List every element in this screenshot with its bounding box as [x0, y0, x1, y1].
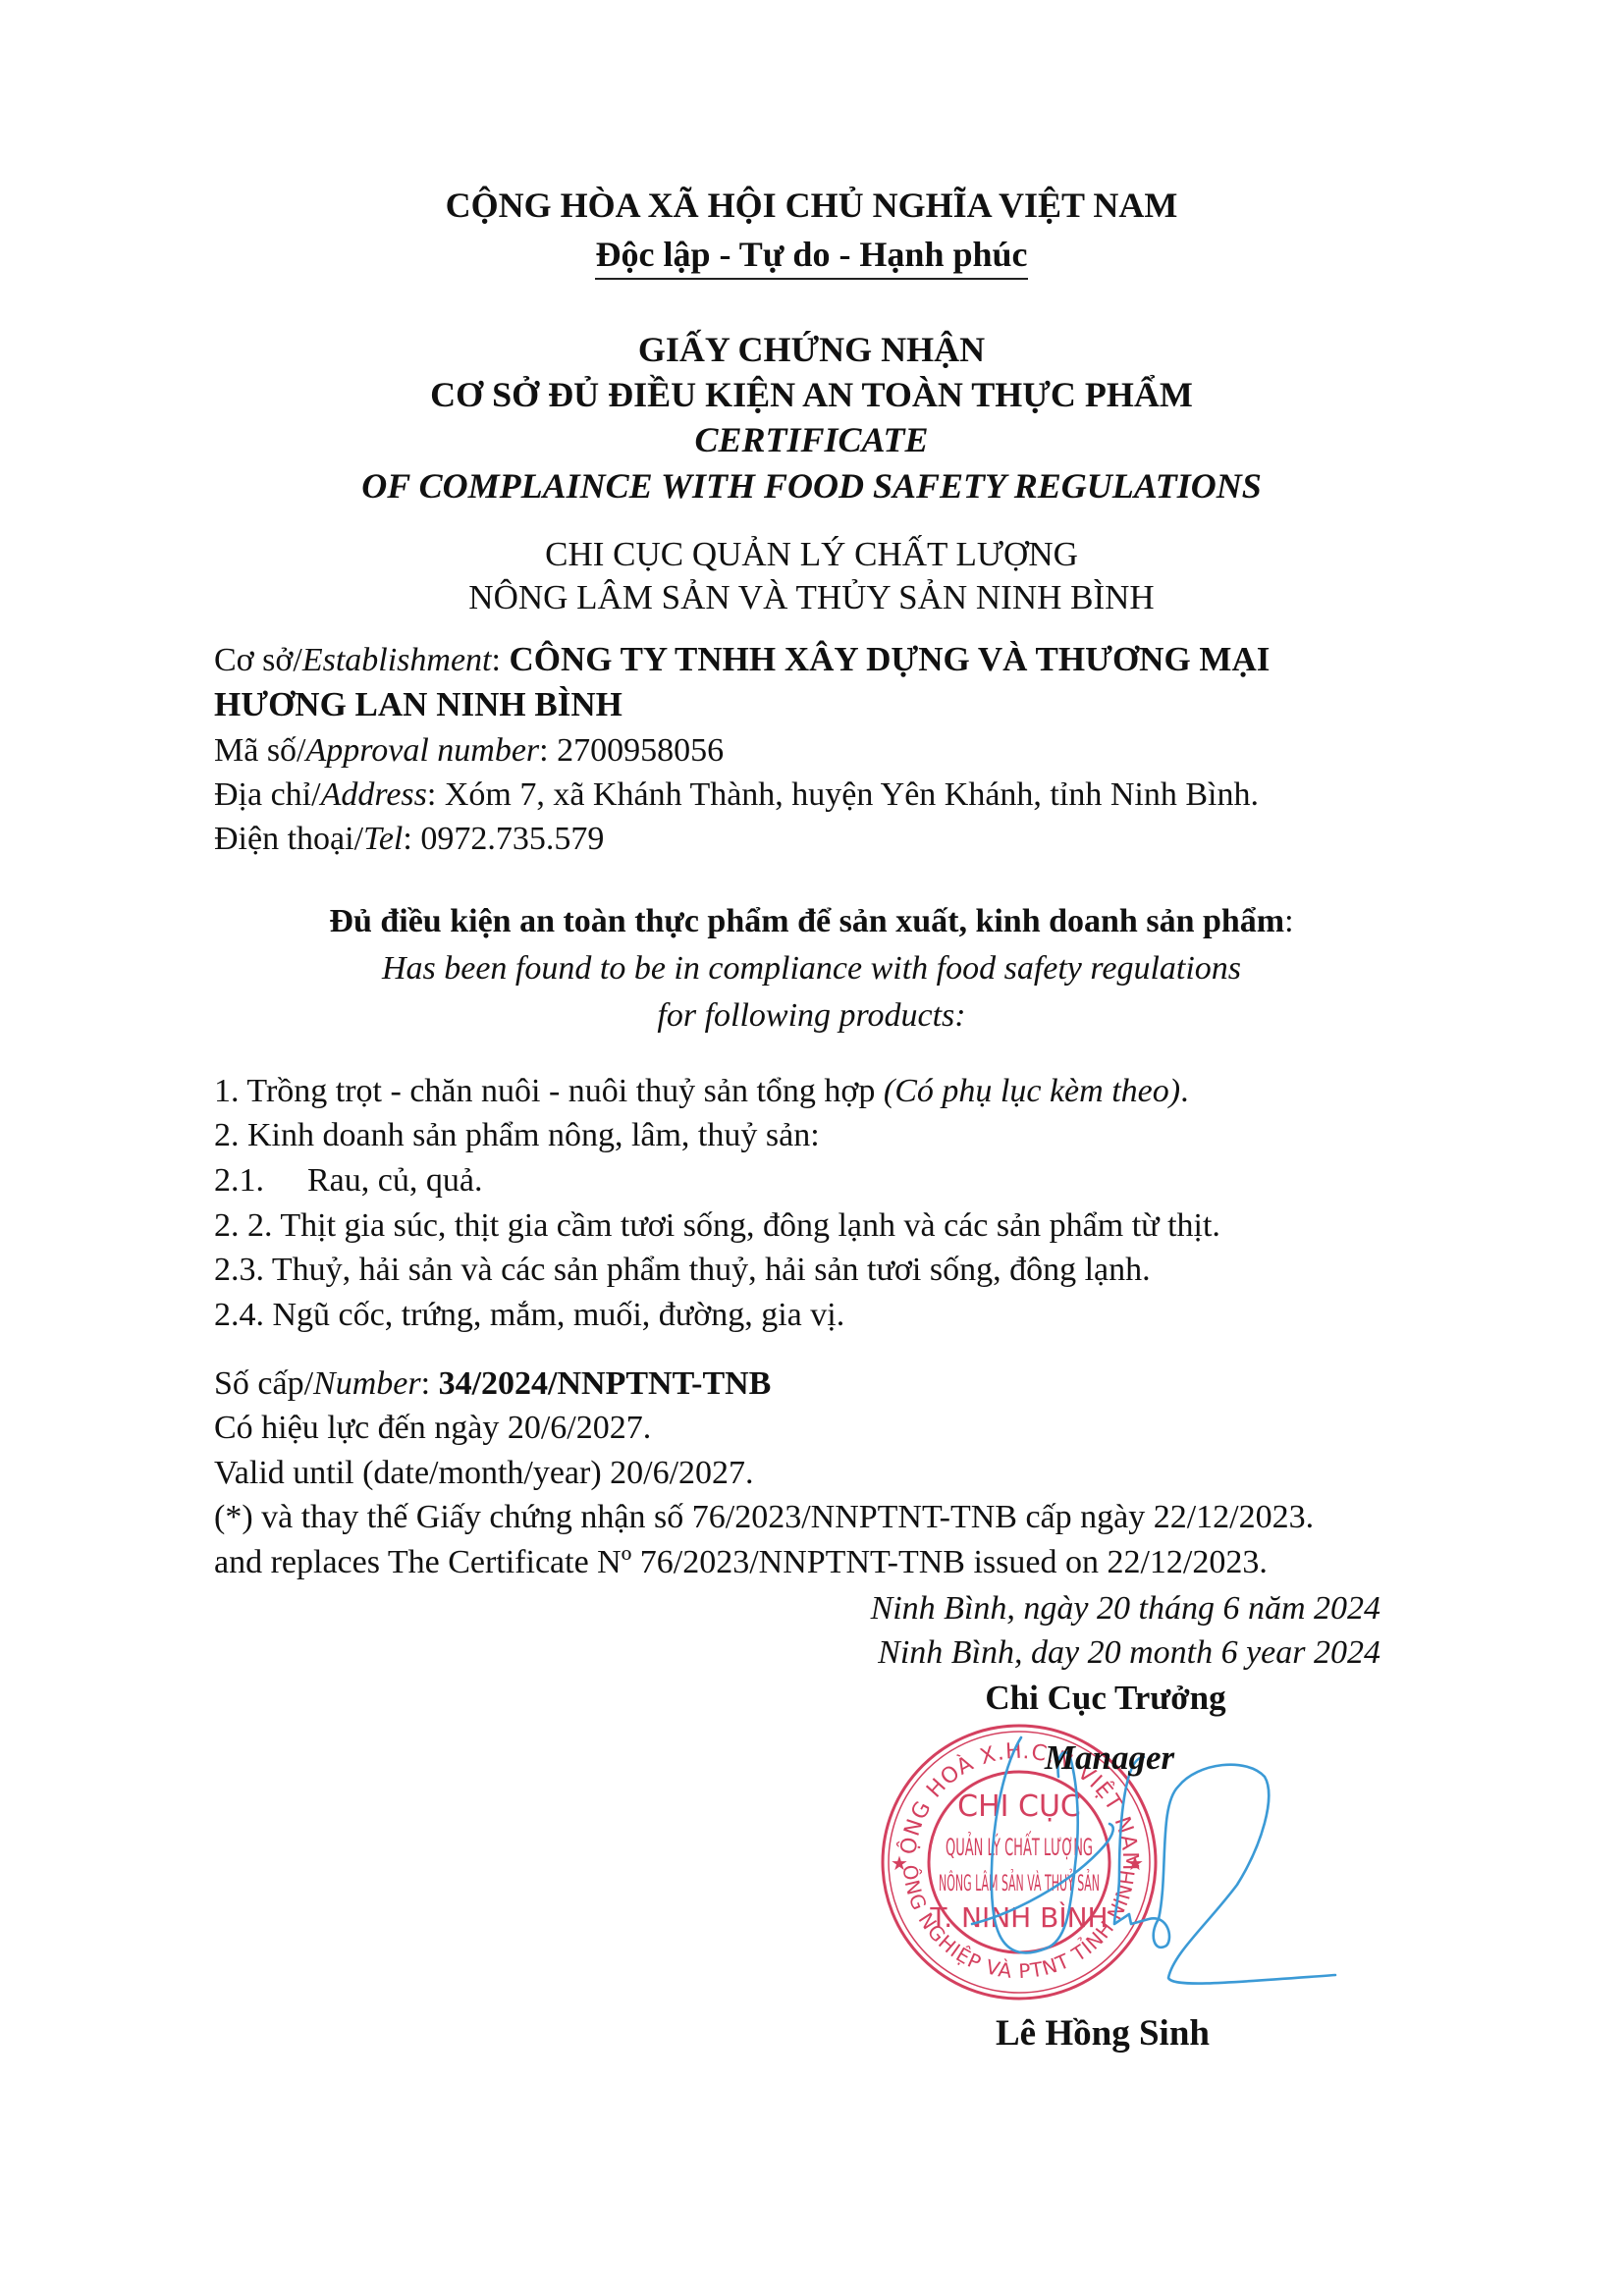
issuer-line1: CHI CỤC QUẢN LÝ CHẤT LƯỢNG: [0, 537, 1623, 571]
valid-until-en: Valid until (date/month/year) 20/6/2027.: [214, 1457, 754, 1490]
signer-title-vi: Chi Cục Trưởng: [909, 1681, 1302, 1715]
sign-date-vi: Ninh Bình, ngày 20 tháng 6 năm 2024: [791, 1592, 1380, 1626]
svg-text:★: ★: [891, 1851, 908, 1875]
approval-label-en: Approval number: [306, 732, 540, 769]
valid-until-vi: Có hiệu lực đến ngày 20/6/2027.: [214, 1412, 651, 1445]
phone-label-vi: Điện thoại/: [214, 821, 363, 857]
product-item-1: 1. Trồng trọt - chăn nuôi - nuôi thuỷ sả…: [214, 1075, 1189, 1108]
address-value: Xóm 7, xã Khánh Thành, huyện Yên Khánh, …: [445, 776, 1259, 813]
certificate-number-colon: :: [421, 1365, 439, 1402]
establishment-name-line2: HƯƠNG LAN NINH BÌNH: [214, 687, 622, 721]
official-seal-icon: CỘNG HOÀ X.H.C.N VIỆT NAM SỞ NÔNG NGHIỆP…: [874, 1718, 1384, 2012]
establishment-label-vi: Cơ sở/: [214, 642, 302, 678]
svg-text:★: ★: [1126, 1851, 1144, 1875]
approval-number: 2700958056: [557, 732, 724, 769]
product-item-1-text: 1. Trồng trọt - chăn nuôi - nuôi thuỷ sả…: [214, 1073, 884, 1109]
replaces-vi: (*) và thay thế Giấy chứng nhận số 76/20…: [214, 1501, 1314, 1534]
compliance-vi-colon: :: [1284, 903, 1293, 939]
approval-colon: :: [539, 732, 557, 769]
product-item-1-end: .: [1180, 1073, 1189, 1109]
establishment-name-line1: CÔNG TY TNHH XÂY DỰNG VÀ THƯƠNG MẠI: [509, 640, 1270, 678]
svg-text:Manager: Manager: [1044, 1738, 1175, 1777]
title-en-line2: OF COMPLAINCE WITH FOOD SAFETY REGULATIO…: [0, 468, 1623, 504]
title-vi-line2: CƠ SỞ ĐỦ ĐIỀU KIỆN AN TOÀN THỰC PHẨM: [0, 377, 1623, 412]
approval-label-vi: Mã số/: [214, 732, 306, 769]
compliance-en-line1: Has been found to be in compliance with …: [0, 952, 1623, 986]
certificate-number: 34/2024/NNPTNT-TNB: [439, 1365, 772, 1402]
phone-label-en: Tel: [363, 821, 403, 857]
product-item-2-2: 2. 2. Thịt gia súc, thịt gia cầm tươi số…: [214, 1209, 1220, 1243]
motto-text: Độc lập - Tự do - Hạnh phúc: [595, 237, 1027, 280]
product-item-2-1-text: Rau, củ, quả.: [307, 1162, 482, 1199]
svg-text:Lê Hồng Sinh: Lê Hồng Sinh: [996, 2013, 1210, 2054]
establishment-label-en: Establishment: [302, 642, 492, 678]
phone-colon: :: [403, 821, 420, 857]
product-item-2: 2. Kinh doanh sản phẩm nông, lâm, thuỷ s…: [214, 1119, 820, 1152]
address-label-en: Address: [321, 776, 427, 813]
svg-text:QUẢN LÝ CHẤT LƯỢNG: QUẢN LÝ CHẤT LƯỢNG: [946, 1830, 1093, 1861]
title-vi-line1: GIẤY CHỨNG NHẬN: [0, 332, 1623, 367]
address-label-vi: Địa chỉ/: [214, 776, 321, 813]
compliance-vi: Đủ điều kiện an toàn thực phẩm để sản xu…: [0, 905, 1623, 938]
certificate-number-label-vi: Số cấp/: [214, 1365, 313, 1402]
product-item-2-1-num: 2.1.: [214, 1164, 307, 1198]
certificate-number-label-en: Number: [313, 1365, 421, 1402]
compliance-vi-text: Đủ điều kiện an toàn thực phẩm để sản xu…: [329, 903, 1284, 939]
phone-value: 0972.735.579: [420, 821, 604, 857]
svg-text:T. NINH BÌNH: T. NINH BÌNH: [929, 1900, 1108, 1934]
product-item-2-3: 2.3. Thuỷ, hải sản và các sản phẩm thuỷ,…: [214, 1254, 1151, 1287]
certificate-number-row: Số cấp/Number: 34/2024/NNPTNT-TNB: [214, 1367, 771, 1401]
phone-row: Điện thoại/Tel: 0972.735.579: [214, 823, 604, 856]
product-item-2-4: 2.4. Ngũ cốc, trứng, mắm, muối, đường, g…: [214, 1299, 844, 1332]
country-header: CỘNG HÒA XÃ HỘI CHỦ NGHĨA VIỆT NAM: [0, 187, 1623, 223]
title-en-line1: CERTIFICATE: [0, 422, 1623, 457]
svg-text:CHI CỤC: CHI CỤC: [957, 1789, 1081, 1824]
compliance-en-line2: for following products:: [0, 999, 1623, 1033]
address-colon: :: [427, 776, 445, 813]
product-item-2-1: 2.1.Rau, củ, quả.: [214, 1164, 482, 1198]
approval-row: Mã số/Approval number: 2700958056: [214, 734, 724, 768]
product-item-1-note: (Có phụ lục kèm theo): [884, 1073, 1180, 1109]
seal-and-signature: CỘNG HOÀ X.H.C.N VIỆT NAM SỞ NÔNG NGHIỆP…: [874, 1718, 1384, 2012]
sign-date-en: Ninh Bình, day 20 month 6 year 2024: [791, 1636, 1380, 1670]
establishment-row: Cơ sở/Establishment: CÔNG TY TNHH XÂY DỰ…: [214, 642, 1270, 677]
issuer-line2: NÔNG LÂM SẢN VÀ THỦY SẢN NINH BÌNH: [0, 580, 1623, 614]
address-row: Địa chỉ/Address: Xóm 7, xã Khánh Thành, …: [214, 778, 1259, 812]
motto: Độc lập - Tự do - Hạnh phúc: [0, 237, 1623, 280]
replaces-en: and replaces The Certificate Nº 76/2023/…: [214, 1546, 1268, 1579]
establishment-colon: :: [492, 642, 510, 678]
